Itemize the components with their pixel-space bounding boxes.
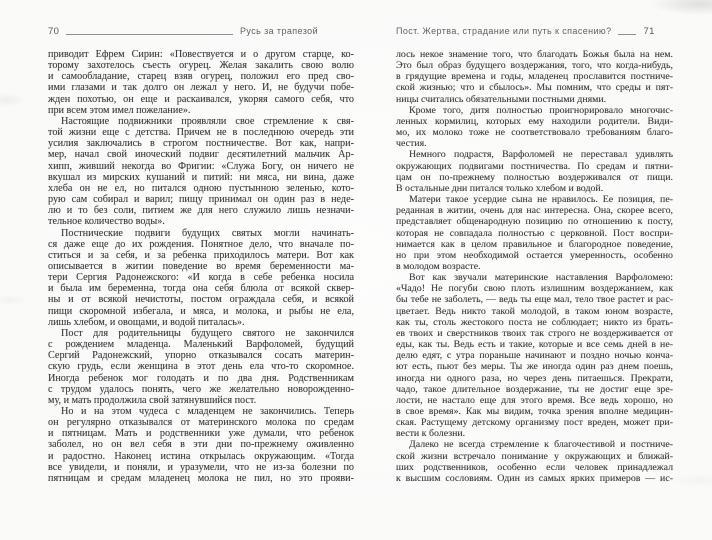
text-line: рую сам собирал и варил; пищу принимал о… [48, 194, 354, 205]
left-page-text: приводит Ефрем Сирин: «Повествуется и о … [48, 49, 354, 484]
text-line: приводит Ефрем Сирин: «Повествуется и о … [48, 49, 354, 60]
text-line: хлеба он не ел, но питался одною пустынн… [48, 183, 354, 194]
text-line: ев твоих и сверстников твоих так строго … [396, 328, 673, 339]
text-line: той жизни еще с детства. Причем не в пос… [48, 127, 354, 138]
text-line: он регулярно отказывался от материнского… [48, 417, 354, 428]
left-page: 70 Русь за трапезой приводит Ефрем Сирин… [48, 25, 354, 484]
text-line: тери Сергия Радонежского: «И когда в себ… [48, 272, 354, 283]
left-running-title: Русь за трапезой [240, 25, 318, 37]
text-line: Кроме того, дитя полностью проигнорирова… [396, 105, 673, 116]
text-line: делю едят, с утра пораньше начинают и по… [396, 350, 673, 361]
text-line: лю и то без соли, питием же для него слу… [48, 205, 354, 216]
text-line: и радостно. Наконец истина открылась окр… [48, 451, 354, 462]
text-line: ны и от всякой нечистоты, постом огражда… [48, 294, 354, 305]
text-line: торому захотелось съесть огурец. Желая з… [48, 60, 354, 71]
text-line: с рождением младенца. Маленький Варфолом… [48, 339, 354, 350]
text-line: ницы считались обязательными постными дн… [396, 94, 673, 105]
text-line: му, и мать продолжила свой затянувшийся … [48, 395, 354, 406]
text-line: Вот как звучали материнские наставления … [396, 272, 673, 283]
text-line: представляет общенародную позицию по отн… [396, 216, 673, 227]
text-line: в молодом возрасте. [396, 261, 673, 272]
text-line: лишь хлебом, и овощами, и водой питалась… [48, 317, 354, 328]
book-spread-photo: { "colors": { "page_background": "#fdfdf… [0, 0, 712, 540]
text-line: жден похотью, он еще и раскаивался, укор… [48, 94, 354, 105]
text-line: Иногда ребенок мог голодать и по два дня… [48, 373, 354, 384]
text-line: «Чадо! Не погуби свою плоть излишним воз… [396, 283, 673, 294]
text-line: ститься и за себя, и за ребенка приходил… [48, 250, 354, 261]
text-line: при всем этом имел пожелание». [48, 105, 354, 116]
text-line: хипп, живший некогда во Фригии: «Служа Б… [48, 161, 354, 172]
text-line: заболел, но он вел себя в эти дни по-пре… [48, 439, 354, 450]
text-line: пятницам и средам младенец молока не пил… [48, 473, 354, 484]
text-line: усилия заключались в строгом постничеств… [48, 138, 354, 149]
text-line: ших родственников, особенно если человек… [396, 462, 673, 473]
text-line: Пост для родительницы будущего святого н… [48, 328, 354, 339]
left-page-number: 70 [48, 26, 59, 38]
text-line: и самообладание, старец взяв огурец, пол… [48, 71, 354, 82]
text-line: Сергий Радонежский, упорно отказывался с… [48, 350, 354, 361]
text-line: вкушал из мирских кушаний и питий: ни мя… [48, 172, 354, 183]
text-line: описывается в житии поведение во время б… [48, 261, 354, 272]
text-line: В остальные дни питался только хлебом и … [396, 183, 673, 194]
text-line: как ты, столь жестокого поста не соблюда… [396, 317, 673, 328]
text-line: иногда ни одного раза, но через день пит… [396, 373, 673, 384]
right-page-number: 71 [643, 26, 654, 38]
text-line: с трудом удалось понять, чего же желател… [48, 384, 354, 395]
right-page-header: Пост. Жертва, страдание или путь к спасе… [396, 25, 648, 38]
text-line: вести к болезни. [396, 428, 673, 439]
text-line: в грядущие времена и годы, младенец прос… [396, 71, 673, 82]
text-line: пищи скоромной избегала, и мяса, и молок… [48, 306, 354, 317]
text-line: и пятницам. Мать и родственники уже дума… [48, 428, 354, 439]
text-line: все увидели, и поняли, и уразумели, что … [48, 462, 354, 473]
text-line: в свое время». Как мы видим, точка зрени… [396, 406, 673, 417]
text-line: цам он по-прежнему полностью воздерживал… [396, 172, 673, 183]
text-line: нимается как в целом правильное и благор… [396, 239, 673, 250]
text-line: ленных кормилиц, которых ему находили ро… [396, 116, 673, 127]
text-line: тельное количество воды». [48, 216, 354, 227]
text-line: ской жизни встречало понимание у окружаю… [396, 451, 673, 462]
text-line: цветает. Ведь никто такой молодой, в так… [396, 306, 673, 317]
text-line: и была им беременна, тогда она себя блюл… [48, 283, 354, 294]
text-line: мер, начал свой иноческий подвиг десятил… [48, 149, 354, 160]
text-line: окружающих подвигами постничества. По ср… [396, 161, 673, 172]
text-line: но при этом необходимой остается умеренн… [396, 250, 673, 261]
text-line: скую грудь, если женщина в этот день ела… [48, 361, 354, 372]
text-line: реданная в житии, очень для нас интересн… [396, 205, 673, 216]
text-line: ют есть, пьют без меры. Ты же иногда оди… [396, 361, 673, 372]
text-line: Матери такое усердие сына не нравилось. … [396, 194, 673, 205]
text-line: Но и на этом чудеса с младенцем не закон… [48, 406, 354, 417]
text-line: Немного подрастя, Варфоломей не перестав… [396, 149, 673, 160]
right-page-text: лось некое знамение того, что благодать … [396, 49, 673, 484]
text-line: ся даже еще до их рождения. Понятное дел… [48, 239, 354, 250]
text-line: бы тебе не заболеть, — ведь ты еще мал, … [396, 294, 673, 305]
text-line: чадо, такое длительное воздержание, ты н… [396, 384, 673, 395]
text-line: которая не совпадала полностью с церковн… [396, 228, 673, 239]
text-line: ими глазами и так долго он лежал у него.… [48, 82, 354, 93]
header-rule [618, 34, 636, 35]
text-line: мо, их молоко тоже не соответствовало тр… [396, 127, 673, 138]
text-line: лось некое знамение того, что благодать … [396, 49, 673, 60]
text-line: Это был образ будущего воздержания, того… [396, 60, 673, 71]
text-line: Настоящие подвижники проявляли свое стре… [48, 116, 354, 127]
header-rule [66, 34, 233, 35]
text-line: еды, как ты. Ведь есть и такие, которые … [396, 339, 673, 350]
text-line: честия. [396, 138, 673, 149]
left-page-header: 70 Русь за трапезой [48, 25, 318, 38]
right-page: Пост. Жертва, страдание или путь к спасе… [396, 25, 673, 484]
right-running-title: Пост. Жертва, страдание или путь к спасе… [396, 25, 611, 37]
text-line: ская. Растущему детскому организму пост … [396, 417, 673, 428]
text-line: к высшим сословиям. Один из самых ярких … [396, 473, 673, 484]
text-line: лости, не настало еще для этого время. В… [396, 395, 673, 406]
text-line: Далеко не всегда стремление к благочести… [396, 439, 673, 450]
text-line: ской жизнью; что и сбылось». Мы помним, … [396, 82, 673, 93]
text-line: Постнические подвиги будущих святых могл… [48, 228, 354, 239]
